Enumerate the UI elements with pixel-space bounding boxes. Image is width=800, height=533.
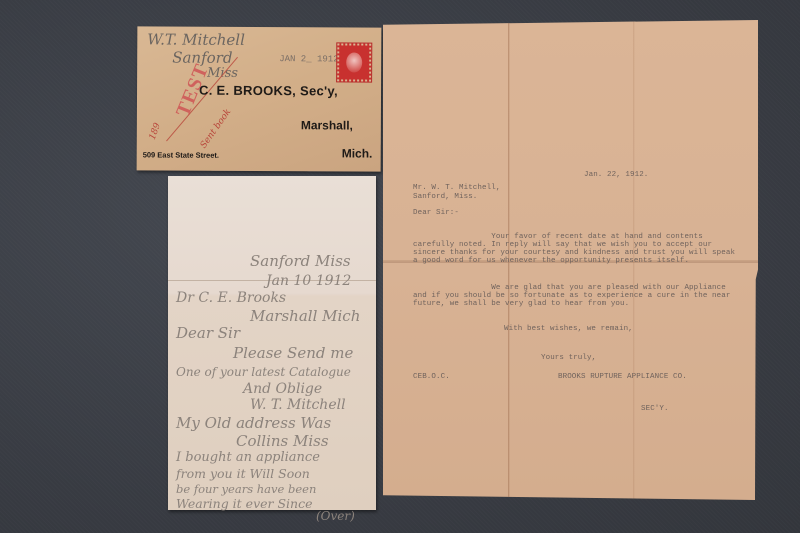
handwritten-letter: Sanford Miss Jan 10 1912 Dr C. E. Brooks…	[168, 176, 376, 510]
typed-salutation: Dear Sir:-	[413, 209, 459, 218]
hw-line: Dr C. E. Brooks	[176, 291, 286, 305]
typed-date: Jan. 22, 1912.	[584, 171, 648, 180]
envelope-addressee: C. E. BROOKS, Sec'y,	[199, 83, 338, 99]
hw-line: Collins Miss	[236, 434, 329, 449]
typed-p2-line: future, we shall be very glad to hear fr…	[413, 300, 629, 309]
hw-line-over: (Over)	[316, 510, 355, 522]
envelope-city: Marshall,	[301, 118, 353, 132]
hw-line: My Old address Was	[176, 416, 331, 431]
hw-line: Marshall Mich	[250, 309, 360, 324]
hw-line: Wearing it ever Since	[176, 498, 313, 511]
typed-letter: Jan. 22, 1912. Mr. W. T. Mitchell, Sanfo…	[383, 20, 758, 500]
typed-initials: CEB.O.C.	[413, 373, 450, 382]
envelope: W.T. Mitchell Sanford Miss JAN 2_ 1912 C…	[137, 26, 382, 171]
hw-line: Please Send me	[233, 346, 353, 361]
red-note-sent-book: Sent book	[199, 107, 234, 150]
envelope-state: Mich.	[342, 146, 373, 160]
hw-line: Jan 10 1912	[266, 274, 351, 288]
hw-line: from you it Will Soon	[176, 468, 310, 481]
typed-company: BROOKS RUPTURE APPLIANCE CO.	[558, 373, 687, 382]
hw-line: Sanford Miss	[250, 254, 351, 269]
red-note-number: 189	[148, 122, 163, 142]
hw-line: W. T. Mitchell	[250, 398, 346, 412]
hw-line: Dear Sir	[176, 326, 240, 341]
postage-stamp-icon	[337, 43, 371, 81]
hw-line: be four years have been	[176, 484, 316, 496]
typed-title: SEC'Y.	[641, 405, 669, 414]
envelope-handwritten-name: W.T. Mitchell	[147, 32, 245, 48]
envelope-street: 509 East State Street.	[143, 150, 219, 159]
hw-line: I bought an appliance	[176, 451, 320, 464]
hw-line: And Oblige	[243, 382, 322, 396]
typed-valediction: Yours truly,	[541, 354, 596, 363]
hw-line: One of your latest Catalogue	[176, 366, 351, 378]
typed-p1-line: a good word for us whenever the opportun…	[413, 257, 689, 266]
typed-recipient-address: Sanford, Miss.	[413, 193, 477, 202]
stamp-portrait	[346, 52, 362, 72]
postmark: JAN 2_ 1912	[279, 54, 338, 64]
typed-closing: With best wishes, we remain,	[504, 325, 633, 334]
typed-recipient-name: Mr. W. T. Mitchell,	[413, 184, 500, 193]
